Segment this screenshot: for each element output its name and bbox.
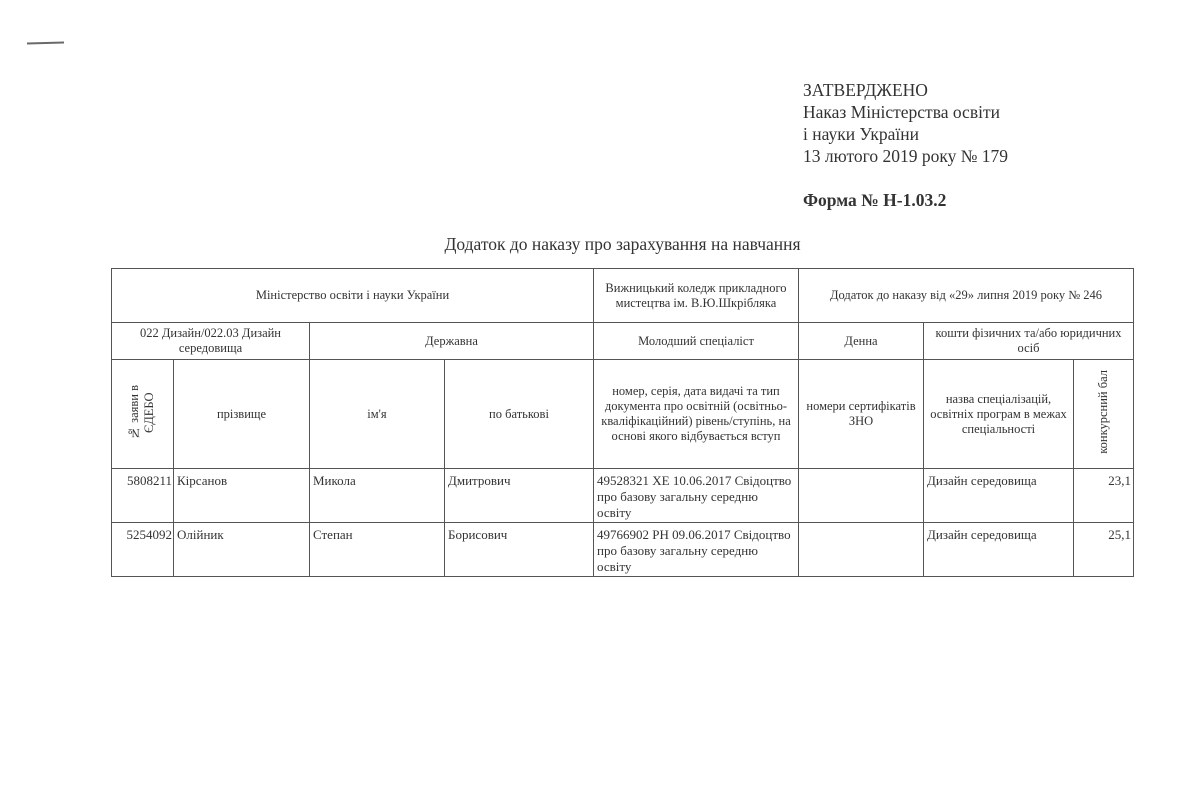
study-form-cell: Денна	[799, 323, 924, 360]
enrollment-table: Міністерство освіти і науки України Вижн…	[111, 268, 1134, 577]
col-header-application-id: № заяви в ЄДЕБО	[112, 360, 174, 469]
cell-score: 23,1	[1074, 469, 1134, 523]
col-header-score: конкурсний бал	[1074, 360, 1134, 469]
col-header-specialization: назва спеціалізацій, освітніх програм в …	[924, 360, 1074, 469]
col-header-name: ім'я	[310, 360, 445, 469]
column-header-row: № заяви в ЄДЕБО прізвище ім'я по батьков…	[112, 360, 1134, 469]
institution-cell: Вижницький коледж прикладного мистецтва …	[594, 269, 799, 323]
cell-zno	[799, 469, 924, 523]
cell-application-id: 5808211	[112, 469, 174, 523]
col-header-document: номер, серія, дата видачі та тип докумен…	[594, 360, 799, 469]
cell-patronymic: Борисович	[445, 523, 594, 577]
approval-order-line-1: Наказ Міністерства освіти	[803, 101, 1008, 123]
cell-application-id: 5254092	[112, 523, 174, 577]
header-row-institution: Міністерство освіти і науки України Вижн…	[112, 269, 1134, 323]
funding-source-cell: кошти фізичних та/або юридичних осіб	[924, 323, 1134, 360]
col-header-patronymic: по батькові	[445, 360, 594, 469]
cell-specialization: Дизайн середовища	[924, 469, 1074, 523]
specialty-cell: 022 Дизайн/022.03 Дизайн середовища	[112, 323, 310, 360]
ministry-cell: Міністерство освіти і науки України	[112, 269, 594, 323]
order-reference-cell: Додаток до наказу від «29» липня 2019 ро…	[799, 269, 1134, 323]
header-row-program: 022 Дизайн/022.03 Дизайн середовища Держ…	[112, 323, 1134, 360]
col-header-zno: номери сертифікатів ЗНО	[799, 360, 924, 469]
col-header-surname: прізвище	[174, 360, 310, 469]
cell-zno	[799, 523, 924, 577]
document-title: Додаток до наказу про зарахування на нав…	[0, 234, 1200, 255]
table-row: 5808211 Кірсанов Микола Дмитрович 495283…	[112, 469, 1134, 523]
cell-surname: Кірсанов	[174, 469, 310, 523]
cell-score: 25,1	[1074, 523, 1134, 577]
scan-artifact-line	[27, 42, 64, 45]
approval-order-date: 13 лютого 2019 року № 179	[803, 145, 1008, 167]
cell-name: Степан	[310, 523, 445, 577]
cell-patronymic: Дмитрович	[445, 469, 594, 523]
cell-surname: Олійник	[174, 523, 310, 577]
funding-type-cell: Державна	[310, 323, 594, 360]
cell-document: 49766902 РН 09.06.2017 Свідоцтво про баз…	[594, 523, 799, 577]
col-header-score-label: конкурсний бал	[1096, 370, 1111, 454]
table-row: 5254092 Олійник Степан Борисович 4976690…	[112, 523, 1134, 577]
cell-document: 49528321 ХЕ 10.06.2017 Свідоцтво про баз…	[594, 469, 799, 523]
form-number: Форма № Н-1.03.2	[803, 190, 946, 211]
approval-stamp: ЗАТВЕРДЖЕНО Наказ Міністерства освіти і …	[803, 79, 1008, 167]
col-header-application-id-label: № заяви в ЄДЕБО	[127, 365, 159, 460]
approval-heading: ЗАТВЕРДЖЕНО	[803, 79, 1008, 101]
approval-order-line-2: і науки України	[803, 123, 1008, 145]
degree-cell: Молодший спеціаліст	[594, 323, 799, 360]
cell-specialization: Дизайн середовища	[924, 523, 1074, 577]
cell-name: Микола	[310, 469, 445, 523]
